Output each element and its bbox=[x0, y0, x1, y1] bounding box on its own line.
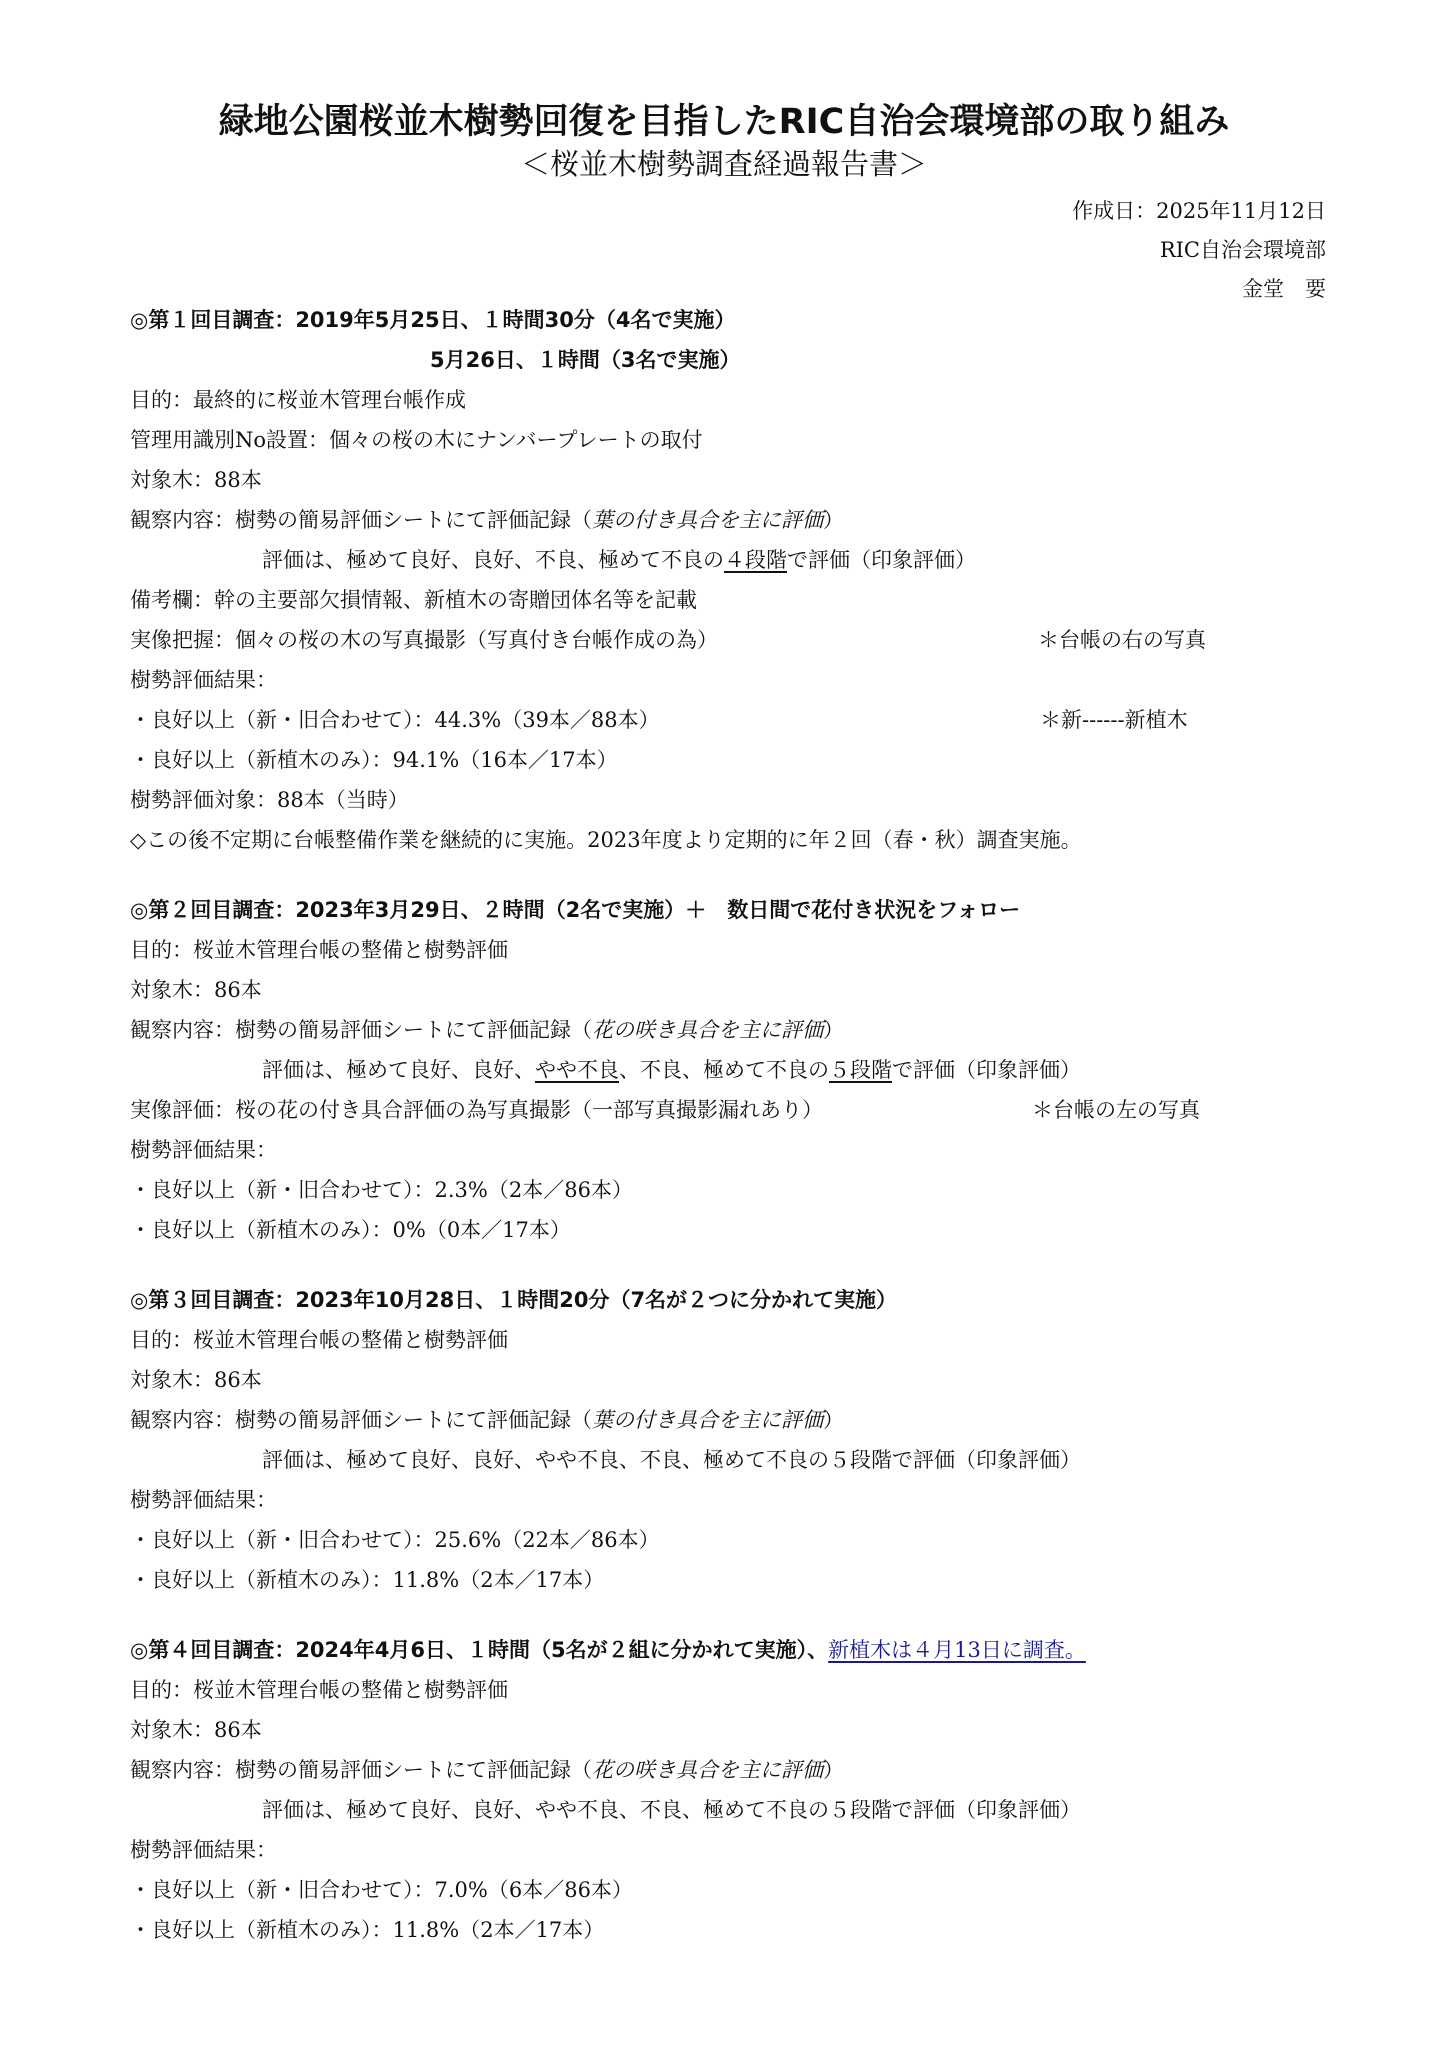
rating-text: 評価は、極めて良好、良好、不良、極めて不良の bbox=[262, 548, 724, 572]
observation-emphasis: 葉の付き具合を主に評価 bbox=[592, 508, 823, 532]
survey1-rating: 評価は、極めて良好、良好、不良、極めて不良の４段階で評価（印象評価） bbox=[262, 546, 976, 574]
survey3-result-all: ・良好以上（新・旧合わせて）：25.6%（22本／86本） bbox=[130, 1526, 660, 1554]
survey2-heading: ◎第２回目調査：2023年3月29日、２時間（2名で実施）＋ 数日間で花付き状況… bbox=[130, 896, 1020, 924]
survey2-rating: 評価は、極めて良好、良好、やや不良、不良、極めて不良の５段階で評価（印象評価） bbox=[262, 1056, 1081, 1084]
rating-levels: ４段階 bbox=[724, 548, 787, 572]
survey4-target: 対象木：86本 bbox=[130, 1716, 262, 1744]
survey2-target: 対象木：86本 bbox=[130, 976, 262, 1004]
survey3-purpose: 目的：桜並木管理台帳の整備と樹勢評価 bbox=[130, 1326, 508, 1354]
observation-text: 観察内容：樹勢の簡易評価シートにて評価記録（ bbox=[130, 1408, 592, 1432]
survey1-photo: 実像把握：個々の桜の木の写真撮影（写真付き台帳作成の為） bbox=[130, 626, 718, 654]
survey1-target: 対象木：88本 bbox=[130, 466, 262, 494]
document-title: 緑地公園桜並木樹勢回復を目指したRIC自治会環境部の取り組み bbox=[0, 100, 1448, 144]
survey4-result-all: ・良好以上（新・旧合わせて）：7.0%（6本／86本） bbox=[130, 1876, 633, 1904]
survey1-heading-line2: 5月26日、１時間（3名で実施） bbox=[430, 346, 740, 374]
rating-text-2: 、不良、極めて不良の bbox=[619, 1058, 829, 1082]
document-subtitle: ＜桜並木樹勢調査経過報告書＞ bbox=[0, 146, 1448, 182]
author: 金堂 要 bbox=[1072, 270, 1326, 309]
survey1-result-all: ・良好以上（新・旧合わせて）：44.3%（39本／88本） bbox=[130, 706, 660, 734]
survey4-results-label: 樹勢評価結果： bbox=[130, 1836, 277, 1864]
survey3-observation: 観察内容：樹勢の簡易評価シートにて評価記録（葉の付き具合を主に評価） bbox=[130, 1406, 844, 1434]
survey1-remarks: 備考欄：幹の主要部欠損情報、新植木の寄贈団体名等を記載 bbox=[130, 586, 697, 614]
survey3-rating: 評価は、極めて良好、良好、やや不良、不良、極めて不良の５段階で評価（印象評価） bbox=[262, 1446, 1081, 1474]
survey4-rating: 評価は、極めて良好、良好、やや不良、不良、極めて不良の５段階で評価（印象評価） bbox=[262, 1796, 1081, 1824]
survey2-results-label: 樹勢評価結果： bbox=[130, 1136, 277, 1164]
observation-close: ） bbox=[823, 1018, 844, 1042]
organization: RIC自治会環境部 bbox=[1072, 231, 1326, 270]
observation-text: 観察内容：樹勢の簡易評価シートにて評価記録（ bbox=[130, 1018, 592, 1042]
observation-text: 観察内容：樹勢の簡易評価シートにて評価記録（ bbox=[130, 508, 592, 532]
observation-close: ） bbox=[823, 508, 844, 532]
rating-levels: ５段階 bbox=[829, 1058, 892, 1082]
survey3-result-new: ・良好以上（新植木のみ）：11.8%（2本／17本） bbox=[130, 1566, 604, 1594]
observation-close: ） bbox=[823, 1758, 844, 1782]
rating-text: 評価は、極めて良好、良好、 bbox=[262, 1058, 535, 1082]
observation-text: 観察内容：樹勢の簡易評価シートにて評価記録（ bbox=[130, 1758, 592, 1782]
survey4-purpose: 目的：桜並木管理台帳の整備と樹勢評価 bbox=[130, 1676, 508, 1704]
survey2-photo: 実像評価：桜の花の付き具合評価の為写真撮影（一部写真撮影漏れあり） bbox=[130, 1096, 823, 1124]
survey4-result-new: ・良好以上（新植木のみ）：11.8%（2本／17本） bbox=[130, 1916, 604, 1944]
survey4-heading: ◎第４回目調査：2024年4月6日、１時間（5名が２組に分かれて実施）、新植木は… bbox=[130, 1636, 1086, 1664]
document-page: 緑地公園桜並木樹勢回復を目指したRIC自治会環境部の取り組み ＜桜並木樹勢調査経… bbox=[0, 0, 1448, 2048]
survey2-photo-note: ＊台帳の左の写真 bbox=[1032, 1096, 1200, 1124]
survey2-result-all: ・良好以上（新・旧合わせて）：2.3%（2本／86本） bbox=[130, 1176, 633, 1204]
new-trees-survey-link[interactable]: 新植木は４月13日に調査。 bbox=[828, 1638, 1086, 1662]
survey1-photo-note: ＊台帳の右の写真 bbox=[1038, 626, 1206, 654]
survey1-observation: 観察内容：樹勢の簡易評価シートにて評価記録（葉の付き具合を主に評価） bbox=[130, 506, 844, 534]
survey1-result-new: ・良好以上（新植木のみ）：94.1%（16本／17本） bbox=[130, 746, 618, 774]
survey4-heading-text: ◎第４回目調査：2024年4月6日、１時間（5名が２組に分かれて実施）、 bbox=[130, 1638, 828, 1662]
rating-suffix: で評価（印象評価） bbox=[892, 1058, 1081, 1082]
survey2-result-new: ・良好以上（新植木のみ）：0%（0本／17本） bbox=[130, 1216, 571, 1244]
rating-suffix: で評価（印象評価） bbox=[787, 548, 976, 572]
survey3-heading: ◎第３回目調査：2023年10月28日、１時間20分（7名が２つに分かれて実施） bbox=[130, 1286, 897, 1314]
survey1-legend-note: ＊新------新植木 bbox=[1040, 706, 1188, 734]
survey3-results-label: 樹勢評価結果： bbox=[130, 1486, 277, 1514]
survey3-target: 対象木：86本 bbox=[130, 1366, 262, 1394]
rating-new-level: やや不良 bbox=[535, 1058, 619, 1082]
survey1-heading: ◎第１回目調査：2019年5月25日、１時間30分（4名で実施） bbox=[130, 306, 735, 334]
observation-emphasis: 花の咲き具合を主に評価 bbox=[592, 1018, 823, 1042]
observation-close: ） bbox=[823, 1408, 844, 1432]
observation-emphasis: 花の咲き具合を主に評価 bbox=[592, 1758, 823, 1782]
survey1-id-setup: 管理用識別No設置：個々の桜の木にナンバープレートの取付 bbox=[130, 426, 703, 454]
survey1-eval-target: 樹勢評価対象：88本（当時） bbox=[130, 786, 409, 814]
survey2-observation: 観察内容：樹勢の簡易評価シートにて評価記録（花の咲き具合を主に評価） bbox=[130, 1016, 844, 1044]
created-date: 作成日：2025年11月12日 bbox=[1072, 192, 1326, 231]
survey1-results-label: 樹勢評価結果： bbox=[130, 666, 277, 694]
survey2-purpose: 目的：桜並木管理台帳の整備と樹勢評価 bbox=[130, 936, 508, 964]
document-meta: 作成日：2025年11月12日 RIC自治会環境部 金堂 要 bbox=[1072, 192, 1326, 309]
survey4-observation: 観察内容：樹勢の簡易評価シートにて評価記録（花の咲き具合を主に評価） bbox=[130, 1756, 844, 1784]
observation-emphasis: 葉の付き具合を主に評価 bbox=[592, 1408, 823, 1432]
survey1-purpose: 目的：最終的に桜並木管理台帳作成 bbox=[130, 386, 466, 414]
survey1-followup: ◇この後不定期に台帳整備作業を継続的に実施。2023年度より定期的に年２回（春・… bbox=[130, 826, 1082, 854]
